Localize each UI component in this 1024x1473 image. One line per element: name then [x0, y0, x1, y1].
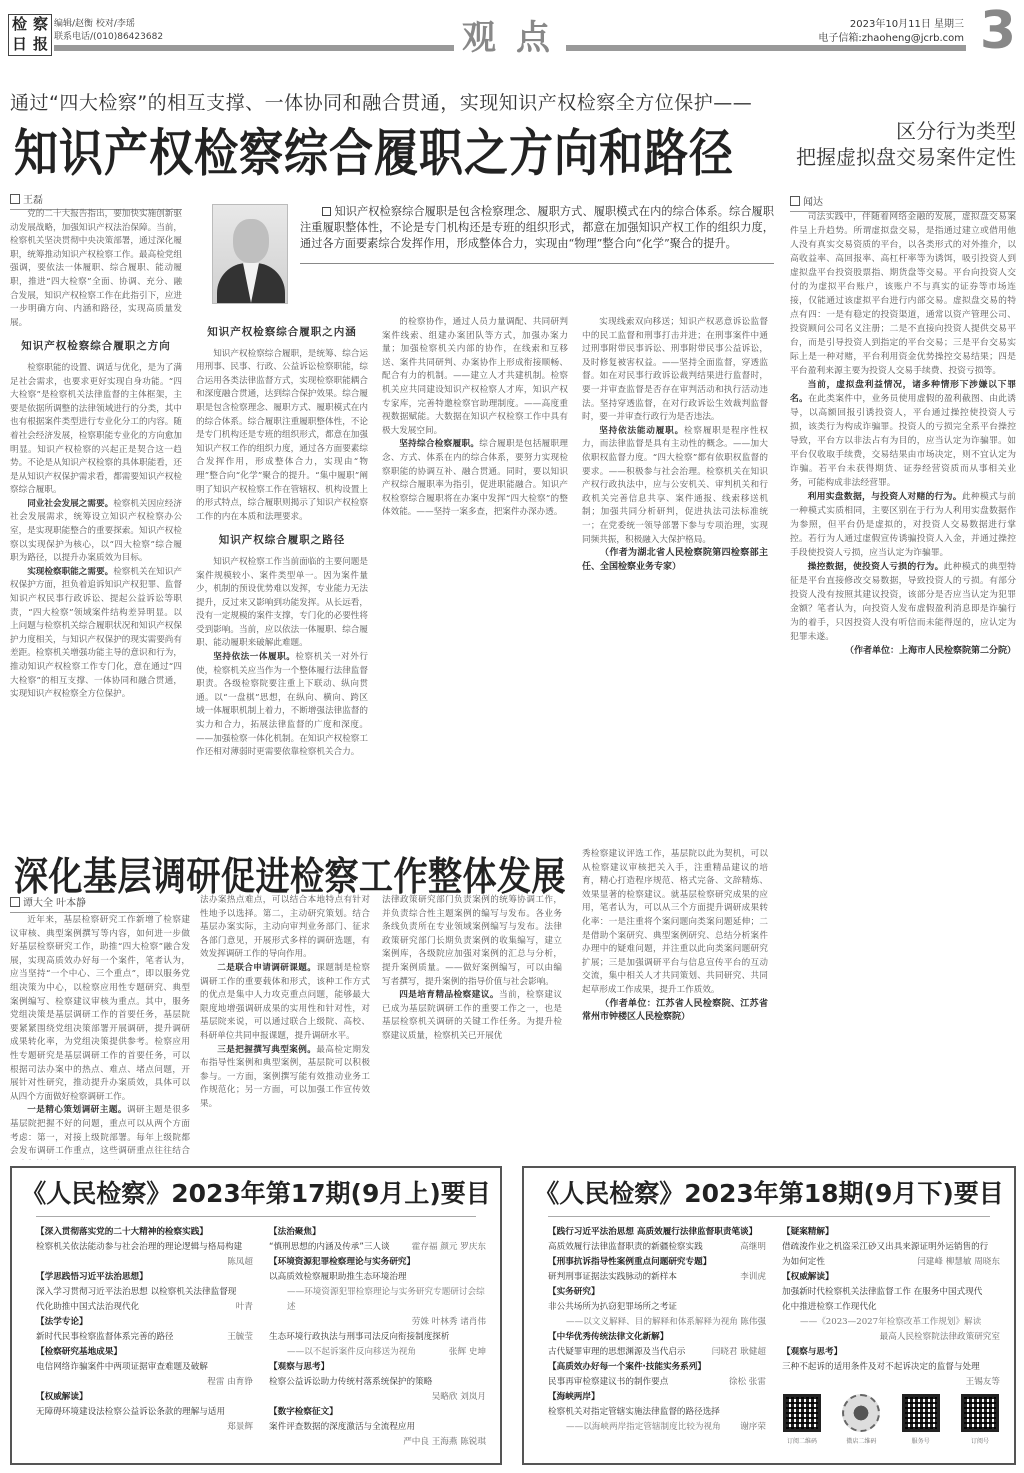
paragraph: 检察机关一对外行使，检察机关应当作为一个整体履行法律监督职责。各级检察院要注重上… [196, 652, 368, 757]
qr-code-label: 服务号 [901, 1434, 941, 1449]
toc-title: 古代疑罪审理的思想渊源及当代启示 [548, 1345, 686, 1360]
toc-right-column: 【疑案精解】借疏浚作业之机盗采江砂又出具来源证明外运销售的行为如何定性闫建峰 柳… [782, 1225, 1000, 1449]
toc-title: 代化助推中国式法治现代化 [36, 1300, 139, 1315]
toc-title: 非公共场所为扒窃犯罪场所之考证 [548, 1300, 766, 1315]
logo-char: 日 [9, 35, 30, 55]
toc-entry: ——以海峡两岸指定管辖制度比较为视角谢序荣 [548, 1420, 766, 1435]
toc-author: 霍存福 颜元 罗庆东 [412, 1240, 486, 1255]
article-intro: 党的二十大报告指出，要加快实施创新驱动发展战略，加强知识产权法治保障。当前，检察… [10, 208, 182, 330]
newspaper-logo: 检 察 日 报 [8, 14, 52, 56]
toc-entry: 为如何定性闫建峰 柳慧敏 周晓东 [782, 1255, 1000, 1270]
article2-headline: 区分行为类型 把握虚拟盘交易案件定性 [790, 118, 1016, 170]
paragraph: 秀检察建议评选工作，基层院以此为契机，可以从检察建议审核把关入手，注重精品建议的… [582, 848, 768, 998]
inline-subhead: 三是把握撰写典型案例。 [217, 1045, 316, 1055]
inline-subhead: 操控数据，使投资人亏损的行为。 [808, 562, 944, 572]
qr-code-icon [961, 1394, 999, 1432]
inline-subhead: 利用实盘数据，与投资人对赌的行为。 [808, 492, 962, 502]
toc-section-heading: 【实务研究】 [548, 1285, 766, 1300]
article1-kicker: 通过“四大检察”的相互支撑、一体协同和融合贯通，实现知识产权检察全方位保护—— [10, 88, 752, 115]
inline-subhead: 坚持依法一体履职。 [213, 652, 295, 662]
toc-grid: 【深入贯彻落实党的二十大精神的检察实践】检察机关依法能动参与社会治理的理论逻辑与… [12, 1217, 500, 1450]
toc-entry: ——以文义解释、目的解释和体系解释为视角陈伟强 [548, 1315, 766, 1330]
inline-subhead: 二是联合申请调研课题。 [217, 963, 316, 973]
article1-column-3: 的检察协作，通过人员力量调配、共同研判案件线索、组建办案团队等方式，加强办案力量… [382, 316, 568, 840]
toc-section-heading: 【检察研究基地成果】 [36, 1345, 253, 1360]
issue-date: 2023年10月11日 星期三 [818, 18, 964, 32]
toc-author: 劳姝 叶林秀 诸肖伟 [269, 1315, 486, 1330]
toc-author: 李训虎 [740, 1270, 766, 1285]
paragraph: 近年来，基层检察研究工作新增了检察建议审核、典型案例撰写等内容，如何进一步做好基… [10, 914, 190, 1104]
article3-column-3: 法律政策研究部门负责案例的统筹协调工作，并负责综合性主题案例的编写与发布。各业务… [382, 894, 562, 1160]
author-note: （作者单位：上海市人民检察院第二分院） [790, 644, 1016, 658]
toc-title: 无障碍环境建设法检察公益诉讼条款的理解与适用 [36, 1405, 253, 1420]
masthead-rule-left [54, 45, 454, 51]
author-note: （作者为湖北省人民检察院第四检察部主任、全国检察业务专家） [582, 547, 768, 574]
toc-entry: 研判刑事证据法实践脉动的新样本李训虎 [548, 1270, 766, 1285]
author-photo [212, 204, 288, 304]
paragraph: 知识产权检察工作当前面临的主要问题是案件规模较小、案件类型单一。因为案件量少，机… [196, 556, 368, 651]
article3-column-2: 法办案热点难点，可以结合本地特点有针对性地予以选择。第二，主动研究策划。结合基层… [200, 894, 370, 1160]
toc-section-heading: 【法治聚焦】 [269, 1225, 486, 1240]
section-head-connotation: 知识产权检察综合履职之内涵 [196, 326, 368, 340]
qr-code[interactable]: 服务号 [901, 1394, 941, 1449]
paragraph: 检察履职是程序性权力，而法律监督是具有主动性的概念。——加大依职权监督力度。“四… [582, 426, 768, 545]
paragraph: 检察职能的设置、调适与优化，是为了满足社会需求，也要求更好实现自身功能。“四大检… [10, 362, 182, 498]
toc-title: 以高质效检察履职助推生态环境治理 [269, 1270, 486, 1285]
issue-17-contents-box: 《人民检察》2023年第17期(9月上)要目 【深入贯彻落实党的二十大精神的检察… [10, 1166, 502, 1465]
inline-subhead: 一是精心策划调研主题。 [27, 1105, 127, 1115]
toc-section-heading: 【法学专论】 [36, 1315, 253, 1330]
logo-char: 报 [30, 35, 51, 55]
inline-subhead: 坚持综合检察履职。 [399, 439, 479, 449]
qr-code[interactable]: 微店二维码 [841, 1394, 881, 1449]
toc-title: 化中推进检察工作现代化 [782, 1300, 1000, 1315]
toc-section-heading: 【权威解读】 [782, 1270, 1000, 1285]
qr-code[interactable]: 订阅二维码 [782, 1394, 822, 1449]
toc-title: 为如何定性 [782, 1255, 825, 1270]
qr-code-label: 微店二维码 [841, 1434, 881, 1449]
toc-author: 高继明 [740, 1240, 766, 1255]
article3-byline: 谭大全 叶本静 [10, 894, 160, 913]
editor-line: 编辑/赵衡 校对/李瑶 [54, 18, 163, 31]
toc-section-heading: 【观察与思考】 [269, 1360, 486, 1375]
toc-section-heading: 【中华优秀传统法律文化新解】 [548, 1330, 766, 1345]
article1-column-2: 知识产权检察综合履职之内涵 知识产权检察综合履职，是统筹、综合运用刑事、民事、行… [196, 316, 368, 840]
toc-author: 最高人民检察院法律政策研究室 [782, 1330, 1000, 1345]
toc-title: 加强新时代检察机关法律监督工作 在服务中国式现代 [782, 1285, 1000, 1300]
toc-author: 闫晓君 耿健超 [712, 1345, 766, 1360]
paragraph: 知识产权检察综合履职，是统筹、综合运用刑事、民事、行政、公益诉讼检察职能，综合运… [196, 348, 368, 525]
article3-headline: 深化基层调研促进检察工作整体发展 [14, 845, 566, 901]
toc-author: 吴略欣 刘岚月 [269, 1390, 486, 1405]
toc-left-column: 【践行习近平法治思想 高质效履行法律监督职责笔谈】高质效履行法律监督职责的新疆检… [548, 1225, 766, 1449]
toc-title: 检察机关对指定管辖实施法律监督的路径选择 [548, 1405, 766, 1420]
toc-subtitle: ——以不起诉案件反向移送为视角 [269, 1345, 416, 1360]
paragraph: 此种模式的典型特征是平台直接修改交易数据，导致投资人的亏损。有部分投资人没有按照… [790, 562, 1016, 642]
qr-code-row: 订阅二维码微店二维码服务号订阅号 [782, 1394, 1000, 1449]
toc-title: 高质效履行法律监督职责的新疆检察实践 [548, 1240, 703, 1255]
toc-author: 徐松 张雷 [729, 1375, 766, 1390]
toc-subtitle: ——环境资源犯罪检察理论与实务研究专题研讨会综述 [269, 1285, 486, 1315]
byline-name: 闻达 [803, 197, 823, 208]
toc-title: 电信网络诈骗案件中两项证据审查难题及破解 [36, 1360, 253, 1375]
logo-char: 检 [9, 15, 30, 35]
toc-author: 程雷 由育铮 [36, 1375, 253, 1390]
article2-body: 司法实践中，伴随着网络金融的发展，虚拟盘交易案件呈上升趋势。所谓虚拟盘交易，是指… [790, 210, 1016, 1150]
toc-title: 案件评查数据的深度激活与全流程应用 [269, 1420, 486, 1435]
toc-section-heading: 【深入贯彻落实党的二十大精神的检察实践】 [36, 1225, 253, 1240]
toc-subtitle: ——《2023—2027年检察改革工作规划》解读 [782, 1315, 1000, 1330]
toc-entry: 代化助推中国式法治现代化叶青 [36, 1300, 253, 1315]
toc-right-column: 【法治聚焦】“慎刑思想的内涵及传承”三人谈霍存福 颜元 罗庆东【环境资源犯罪检察… [269, 1225, 486, 1450]
qr-code-label: 订阅二维码 [782, 1434, 822, 1449]
toc-subtitle: ——以文义解释、目的解释和体系解释为视角 [548, 1315, 738, 1330]
inline-subhead: 四是培育精品检察建议。 [399, 990, 499, 1000]
toc-entry: 高质效履行法律监督职责的新疆检察实践高继明 [548, 1240, 766, 1255]
toc-title: 借疏浚作业之机盗采江砂又出具来源证明外运销售的行 [782, 1240, 1000, 1255]
article1-column-1: 党的二十大报告指出，要加快实施创新驱动发展战略，加强知识产权法治保障。当前，检察… [10, 208, 182, 840]
byline-name: 王磊 [23, 195, 43, 206]
editor-info: 编辑/赵衡 校对/李瑶 联系电话/(010)86423682 [54, 18, 163, 44]
toc-author: 张辉 史坤 [449, 1345, 486, 1360]
toc-author: 严中良 王海燕 陈锐琪 [269, 1435, 486, 1450]
toc-title: 民事再审检察建议书的制作要点 [548, 1375, 668, 1390]
paragraph: 课题制是检察调研工作的重要载体和形式，该种工作方式的优点是集中人力攻克重点问题，… [200, 963, 370, 1041]
toc-entry: ——以不起诉案件反向移送为视角张辉 史坤 [269, 1345, 486, 1360]
qr-code-icon [902, 1394, 940, 1432]
paragraph: 的检察协作，通过人员力量调配、共同研判案件线索、组建办案团队等方式，加强办案力量… [382, 316, 568, 438]
toc-entry: 新时代民事检察监督体系完善的路径王毓莹 [36, 1330, 253, 1345]
section-head-path: 知识产权综合履职之路径 [196, 534, 368, 548]
article3-column-4: 秀检察建议评选工作，基层院以此为契机，可以从检察建议审核把关入手，注重精品建议的… [582, 848, 768, 1160]
editor-email: 电子信箱:zhaoheng@jcrb.com [818, 32, 964, 46]
dateline: 2023年10月11日 星期三 电子信箱:zhaoheng@jcrb.com [818, 18, 964, 46]
toc-section-heading: 【环境资源犯罪检察理论与实务研究】 [269, 1255, 486, 1270]
qr-code-icon [783, 1394, 821, 1432]
summary-text: 知识产权检察综合履职是包含检察理念、履职方式、履职模式在内的综合体系。综合履职注… [300, 205, 774, 250]
toc-author: 陈凤超 [36, 1255, 253, 1270]
paragraph: 法律政策研究部门负责案例的统筹协调工作，并负责综合性主题案例的编写与发布。各业务… [382, 894, 562, 989]
toc-author: 谢序荣 [740, 1420, 766, 1435]
paragraph: 在此类案件中，业务员使用虚假的盈利截图、由此诱导，以高额回报引诱投资人，平台通过… [790, 394, 1016, 488]
toc-author: 王毓莹 [227, 1330, 253, 1345]
author-note: （作者单位：江苏省人民检察院、江苏省常州市钟楼区人民检察院） [582, 998, 768, 1025]
toc-author: 闫建峰 柳慧敏 周晓东 [917, 1255, 1000, 1270]
section-head-direction: 知识产权检察综合履职之方向 [10, 340, 182, 354]
toc-entry: 民事再审检察建议书的制作要点徐松 张雷 [548, 1375, 766, 1390]
article1-summary: 知识产权检察综合履职是包含检察理念、履职方式、履职模式在内的综合体系。综合履职注… [300, 204, 774, 264]
toc-title: 新时代民事检察监督体系完善的路径 [36, 1330, 174, 1345]
toc-entry: “慎刑思想的内涵及传承”三人谈霍存福 颜元 罗庆东 [269, 1240, 486, 1255]
paragraph: 综合履职是包括履职理念、方式、体系在内的综合体系，要努力实现检察职能的协调互补、… [382, 439, 568, 517]
article3-column-1: 近年来，基层检察研究工作新增了检察建议审核、典型案例撰写等内容，如何进一步做好基… [10, 914, 190, 1160]
inline-subhead: 同业社会发展之需要。 [27, 499, 113, 509]
byline-name: 谭大全 叶本静 [23, 898, 86, 909]
toc-title: 生态环境行政执法与刑事司法反向衔接制度探析 [269, 1330, 486, 1345]
toc-section-heading: 【观察与思考】 [782, 1345, 1000, 1360]
toc-section-heading: 【数字检察征文】 [269, 1405, 486, 1420]
toc-title: 深入学习贯彻习近平法治思想 以检察机关法律监督现 [36, 1285, 253, 1300]
phone-line: 联系电话/(010)86423682 [54, 31, 163, 44]
qr-code[interactable]: 订阅号 [960, 1394, 1000, 1449]
article1-headline: 知识产权检察综合履职之方向和路径 [14, 112, 734, 186]
toc-entry: 古代疑罪审理的思想渊源及当代启示闫晓君 耿健超 [548, 1345, 766, 1360]
toc-section-heading: 【刑事抗诉指导性案例重点问题研究专题】 [548, 1255, 766, 1270]
toc-section-heading: 【高质效办好每一个案件·技能实务系列】 [548, 1360, 766, 1375]
toc-grid: 【践行习近平法治思想 高质效履行法律监督职责笔谈】高质效履行法律监督职责的新疆检… [524, 1217, 1014, 1449]
box-title: 《人民检察》2023年第17期(9月上)要目 [12, 1168, 500, 1210]
box-title: 《人民检察》2023年第18期(9月下)要目 [524, 1168, 1014, 1210]
logo-char: 察 [30, 15, 51, 35]
inline-subhead: 实现检察职能之需要。 [27, 567, 113, 577]
toc-author: 王锡友等 [782, 1375, 1000, 1390]
toc-title: 检察机关依法能动参与社会治理的理论逻辑与格局构建 [36, 1240, 253, 1255]
toc-title: 三种不起诉的适用条件及对不起诉决定的监督与处理 [782, 1360, 1000, 1375]
summary-box-icon [322, 207, 331, 216]
paragraph: 法办案热点难点，可以结合本地特点有针对性地予以选择。第二，主动研究策划。结合基层… [200, 894, 370, 962]
toc-author: 叶青 [236, 1300, 253, 1315]
toc-left-column: 【深入贯彻落实党的二十大精神的检察实践】检察机关依法能动参与社会治理的理论逻辑与… [36, 1225, 253, 1450]
paragraph: 司法实践中，伴随着网络金融的发展，虚拟盘交易案件呈上升趋势。所谓虚拟盘交易，是指… [790, 210, 1016, 378]
paragraph: 实现线索双向移送；知识产权恶意诉讼监督中的民工监督和刑事打击并进；在刑事案件中通… [582, 316, 768, 425]
page-number: 3 [980, 4, 1016, 58]
toc-section-heading: 【疑案精解】 [782, 1225, 1000, 1240]
toc-section-heading: 【学思践悟习近平法治思想】 [36, 1270, 253, 1285]
toc-section-heading: 【权威解读】 [36, 1390, 253, 1405]
toc-subtitle: ——以海峡两岸指定管辖制度比较为视角 [548, 1420, 721, 1435]
section-title: 观点 [462, 10, 570, 59]
qr-code-icon [842, 1394, 880, 1432]
toc-section-heading: 【践行习近平法治思想 高质效履行法律监督职责笔谈】 [548, 1225, 766, 1240]
toc-title: 研判刑事证据法实践脉动的新样本 [548, 1270, 677, 1285]
toc-author: 陈伟强 [740, 1315, 766, 1330]
toc-author: 郑景辉 [36, 1420, 253, 1435]
article1-column-4: 实现线索双向移送；知识产权恶意诉讼监督中的民工监督和刑事打击并进；在刑事案件中通… [582, 316, 768, 840]
paragraph: 检察机关在知识产权保护方面，担负着追诉知识产权犯罪、监督知识产权民事行政诉讼、提… [10, 567, 182, 699]
qr-code-label: 订阅号 [960, 1434, 1000, 1449]
inline-subhead: 坚持依法能动履职。 [599, 426, 684, 436]
issue-18-contents-box: 《人民检察》2023年第18期(9月下)要目 【践行习近平法治思想 高质效履行法… [522, 1166, 1016, 1465]
toc-title: 检察公益诉讼助力传统村落系统保护的策略 [269, 1375, 486, 1390]
toc-section-heading: 【海峡两岸】 [548, 1390, 766, 1405]
toc-title: “慎刑思想的内涵及传承”三人谈 [269, 1240, 390, 1255]
